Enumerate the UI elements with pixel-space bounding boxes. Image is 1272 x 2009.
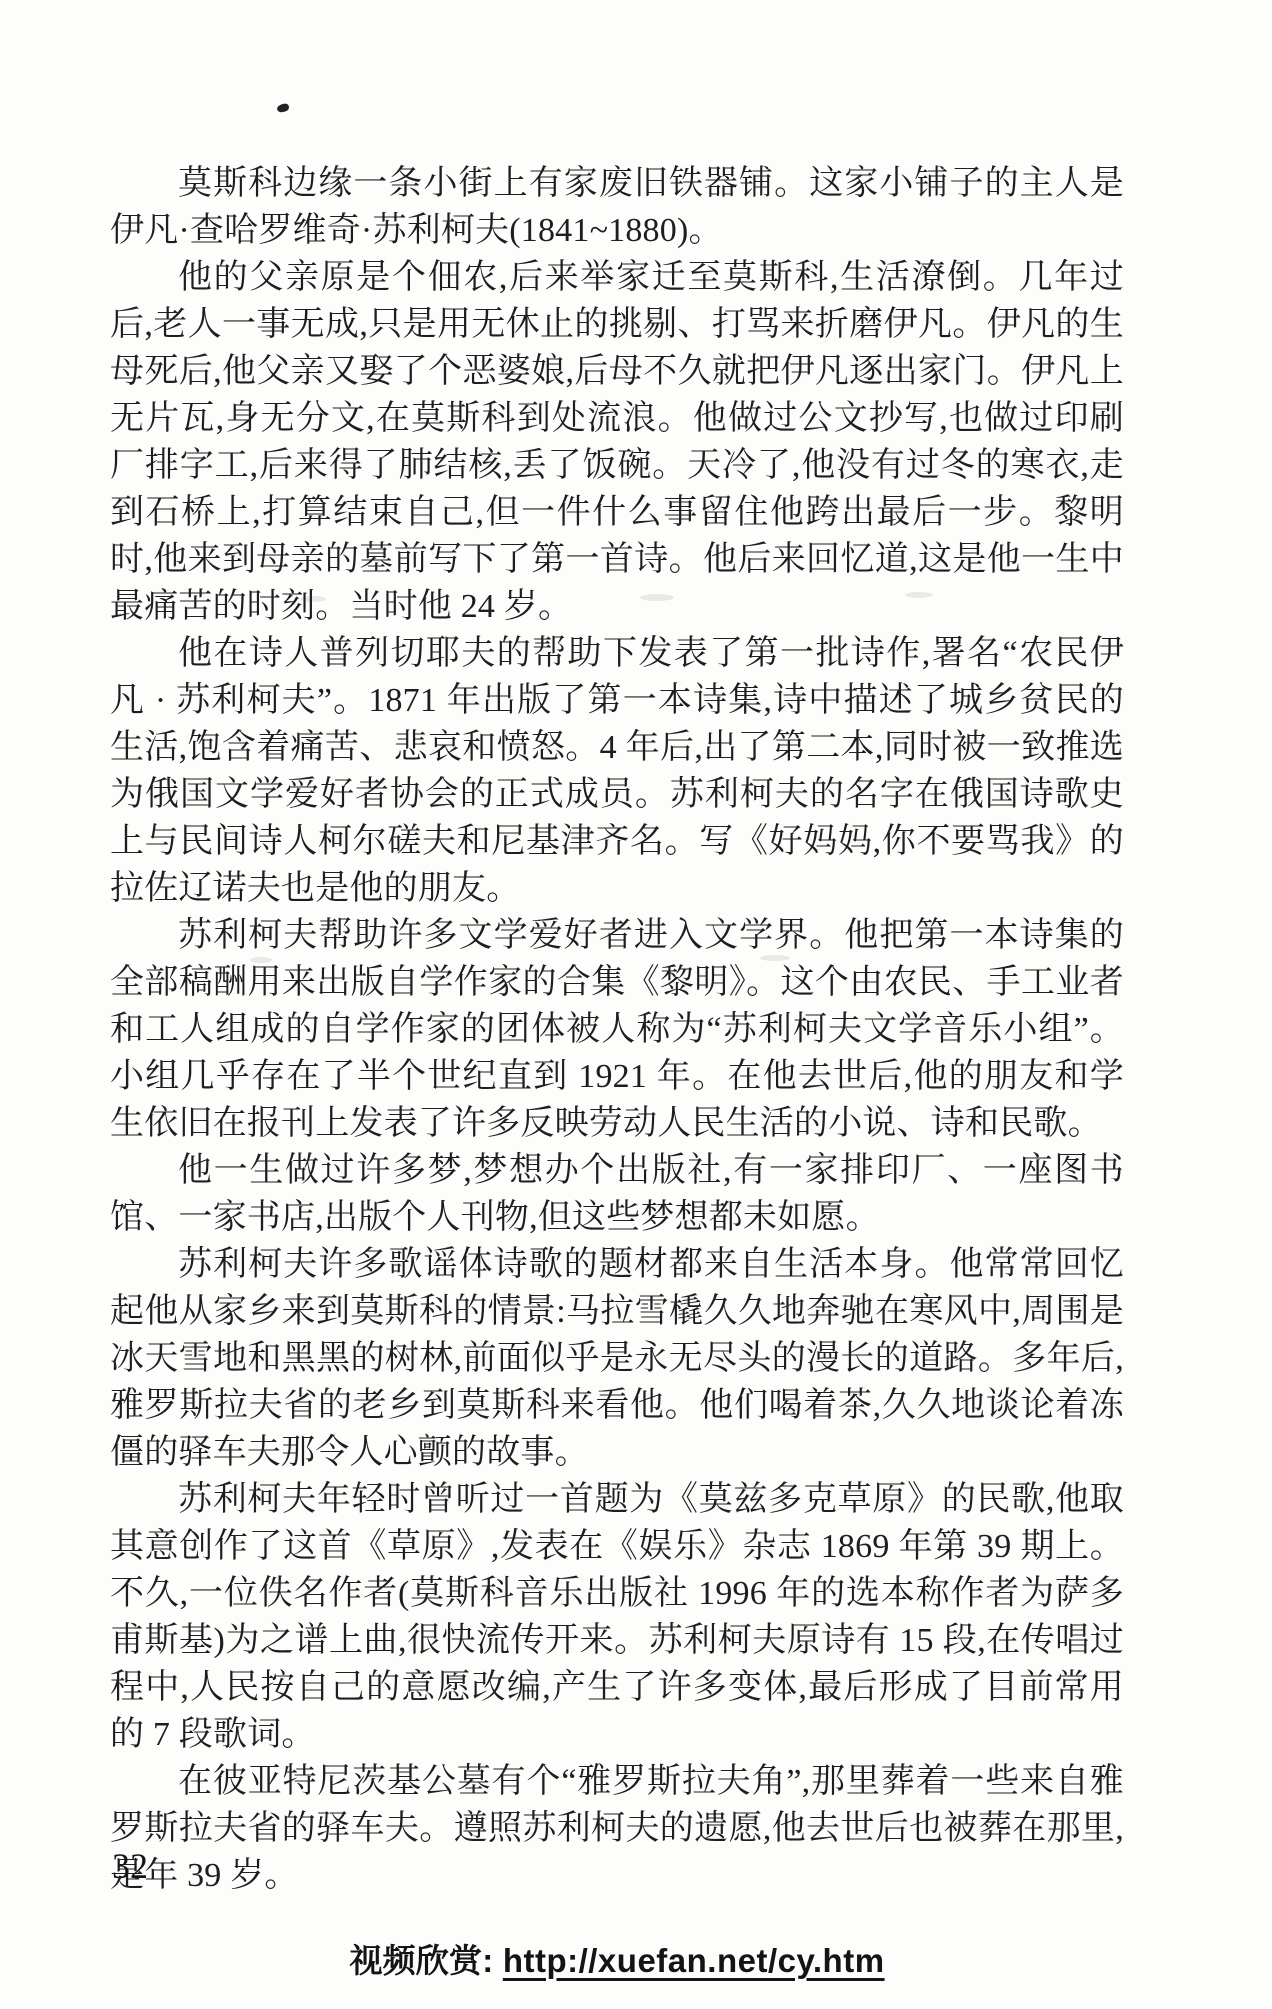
video-appreciation-line: 视频欣赏: http://xuefan.net/cy.htm xyxy=(110,1937,1124,1984)
ink-speck xyxy=(276,103,289,113)
paragraph-intro: 莫斯科边缘一条小街上有家废旧铁器铺。这家小铺子的主人是伊凡·查哈罗维奇·苏利柯夫… xyxy=(110,160,1124,254)
video-link[interactable]: http://xuefan.net/cy.htm xyxy=(503,1942,885,1979)
paragraph-steppe-song: 苏利柯夫年轻时曾听过一首题为《莫兹多克草原》的民歌,他取其意创作了这首《草原》,… xyxy=(110,1476,1124,1758)
paragraph-literary-circle: 苏利柯夫帮助许多文学爱好者进入文学界。他把第一本诗集的全部稿酬用来出版自学作家的… xyxy=(110,912,1124,1147)
paragraph-early-life: 他的父亲原是个佃农,后来举家迁至莫斯科,生活潦倒。几年过后,老人一事无成,只是用… xyxy=(110,254,1124,630)
paragraph-cemetery: 在彼亚特尼茨基公墓有个“雅罗斯拉夫角”,那里葬着一些来自雅罗斯拉夫省的驿车夫。遵… xyxy=(110,1758,1124,1899)
page-number: 32 xyxy=(112,1845,148,1887)
scanned-book-page: 莫斯科边缘一条小街上有家废旧铁器铺。这家小铺子的主人是伊凡·查哈罗维奇·苏利柯夫… xyxy=(0,0,1272,2009)
paragraph-dreams: 他一生做过许多梦,梦想办个出版社,有一家排印厂、一座图书馆、一家书店,出版个人刊… xyxy=(110,1147,1124,1241)
article-body: 莫斯科边缘一条小街上有家废旧铁器铺。这家小铺子的主人是伊凡·查哈罗维奇·苏利柯夫… xyxy=(110,160,1124,1984)
paragraph-first-poems: 他在诗人普列切耶夫的帮助下发表了第一批诗作,署名“农民伊凡 · 苏利柯夫”。18… xyxy=(110,630,1124,912)
paragraph-song-themes: 苏利柯夫许多歌谣体诗歌的题材都来自生活本身。他常常回忆起他从家乡来到莫斯科的情景… xyxy=(110,1241,1124,1476)
video-label: 视频欣赏: xyxy=(349,1942,493,1979)
